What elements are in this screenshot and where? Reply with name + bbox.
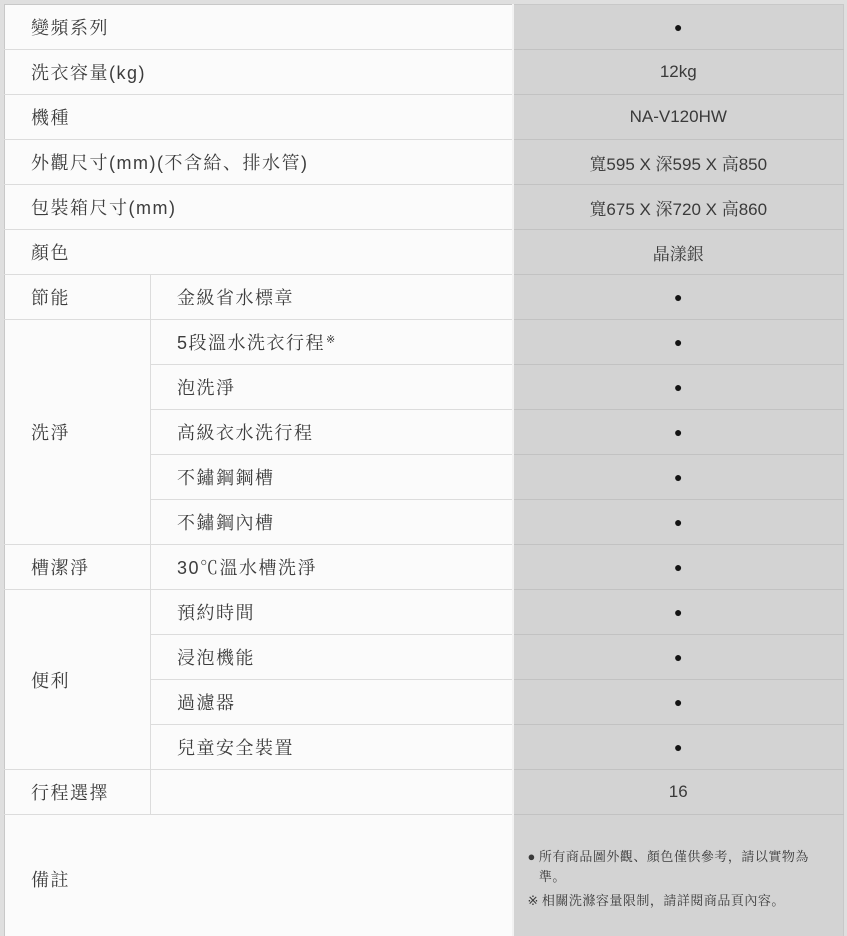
spec-value-cell: ● [513,410,844,455]
spec-row: 節能金級省水標章● [5,275,844,320]
spec-item-label: 不鏽鋼鋼槽 [177,468,275,488]
filled-dot-icon: ● [674,334,682,350]
note-item: ●所有商品圖外觀、顏色僅供參考，請以實物為準。 [528,847,834,886]
spec-item-cell: 泡洗淨 [151,365,513,410]
spec-value-cell: ● [513,725,844,770]
filled-dot-icon: ● [674,469,682,485]
filled-dot-icon: ● [674,19,682,35]
spec-row: 洗淨5段溫水洗衣行程※● [5,320,844,365]
spec-category-cell: 行程選擇 [5,770,151,815]
spec-label-cell: 洗衣容量(kg) [5,50,513,95]
spec-item-label: 預約時間 [177,603,255,623]
note-text: 相關洗滌容量限制，請詳閱商品頁內容。 [542,891,833,911]
filled-dot-icon: ● [674,379,682,395]
spec-value-cell: 寬595 X 深595 X 高850 [513,140,844,185]
spec-row: 包裝箱尺寸(mm)寬675 X 深720 X 高860 [5,185,844,230]
page: 變頻系列●洗衣容量(kg)12kg機種NA-V120HW外觀尺寸(mm)(不含給… [0,0,847,936]
spec-label-cell: 包裝箱尺寸(mm) [5,185,513,230]
spec-value-cell: ● [513,365,844,410]
spec-category-cell: 節能 [5,275,151,320]
spec-item-cell: 金級省水標章 [151,275,513,320]
spec-item-cell: 5段溫水洗衣行程※ [151,320,513,365]
spec-value-cell: ● [513,500,844,545]
filled-dot-icon: ● [674,289,682,305]
spec-item-label: 泡洗淨 [177,378,236,398]
spec-table: 變頻系列●洗衣容量(kg)12kg機種NA-V120HW外觀尺寸(mm)(不含給… [4,4,844,936]
spec-value-cell: ● [513,635,844,680]
spec-item-cell: 30℃溫水槽洗淨 [151,545,513,590]
spec-value-cell: ● [513,275,844,320]
note-item: ※相關洗滌容量限制，請詳閱商品頁內容。 [528,891,834,911]
filled-dot-icon: ● [674,424,682,440]
spec-value-cell: ●所有商品圖外觀、顏色僅供參考，請以實物為準。※相關洗滌容量限制，請詳閱商品頁內… [513,815,844,936]
filled-dot-icon: ● [674,559,682,575]
spec-row: 槽潔淨30℃溫水槽洗淨● [5,545,844,590]
spec-value-cell: ● [513,455,844,500]
spec-value-cell: 16 [513,770,844,815]
spec-item-label: 不鏽鋼內槽 [177,513,275,533]
spec-value-cell: ● [513,680,844,725]
spec-item-cell: 過濾器 [151,680,513,725]
spec-item-label: 5段溫水洗衣行程 [177,333,325,353]
filled-dot-icon: ● [674,649,682,665]
filled-dot-icon: ● [674,739,682,755]
spec-item-label: 高級衣水洗行程 [177,423,314,443]
spec-label-cell: 備註 [5,815,513,936]
spec-value-cell: 晶漾銀 [513,230,844,275]
spec-value-cell: 寬675 X 深720 X 高860 [513,185,844,230]
spec-item-cell: 高級衣水洗行程 [151,410,513,455]
spec-row: 備註●所有商品圖外觀、顏色僅供參考，請以實物為準。※相關洗滌容量限制，請詳閱商品… [5,815,844,936]
filled-dot-icon: ● [674,514,682,530]
spec-row: 行程選擇16 [5,770,844,815]
spec-value-cell: ● [513,545,844,590]
spec-label-cell: 顏色 [5,230,513,275]
spec-value-cell: NA-V120HW [513,95,844,140]
spec-row: 洗衣容量(kg)12kg [5,50,844,95]
spec-item-cell: 不鏽鋼內槽 [151,500,513,545]
spec-value-cell: ● [513,5,844,50]
spec-row: 外觀尺寸(mm)(不含給、排水管)寬595 X 深595 X 高850 [5,140,844,185]
spec-item-label: 過濾器 [177,693,236,713]
spec-row: 便利預約時間● [5,590,844,635]
spec-value-cell: ● [513,590,844,635]
spec-category-cell: 槽潔淨 [5,545,151,590]
bullet-icon: ● [528,847,536,867]
spec-category-cell: 便利 [5,590,151,770]
spec-item-cell: 浸泡機能 [151,635,513,680]
spec-item-label: 浸泡機能 [177,648,255,668]
spec-row: 顏色晶漾銀 [5,230,844,275]
spec-value-cell: 12kg [513,50,844,95]
reference-mark-icon: ※ [528,891,539,911]
spec-value-cell: ● [513,320,844,365]
spec-table-body: 變頻系列●洗衣容量(kg)12kg機種NA-V120HW外觀尺寸(mm)(不含給… [5,5,844,936]
filled-dot-icon: ● [674,694,682,710]
footnote-marker: ※ [326,334,337,346]
spec-item-cell: 不鏽鋼鋼槽 [151,455,513,500]
spec-category-cell: 洗淨 [5,320,151,545]
spec-item-cell: 兒童安全裝置 [151,725,513,770]
spec-item-label: 兒童安全裝置 [177,738,294,758]
note-text: 所有商品圖外觀、顏色僅供參考，請以實物為準。 [539,847,833,886]
spec-item-cell: 預約時間 [151,590,513,635]
spec-item-label: 30℃溫水槽洗淨 [177,558,317,578]
spec-item-cell [151,770,513,815]
spec-label-cell: 變頻系列 [5,5,513,50]
spec-row: 機種NA-V120HW [5,95,844,140]
spec-row: 變頻系列● [5,5,844,50]
filled-dot-icon: ● [674,604,682,620]
spec-label-cell: 外觀尺寸(mm)(不含給、排水管) [5,140,513,185]
spec-item-label: 金級省水標章 [177,288,294,308]
spec-label-cell: 機種 [5,95,513,140]
